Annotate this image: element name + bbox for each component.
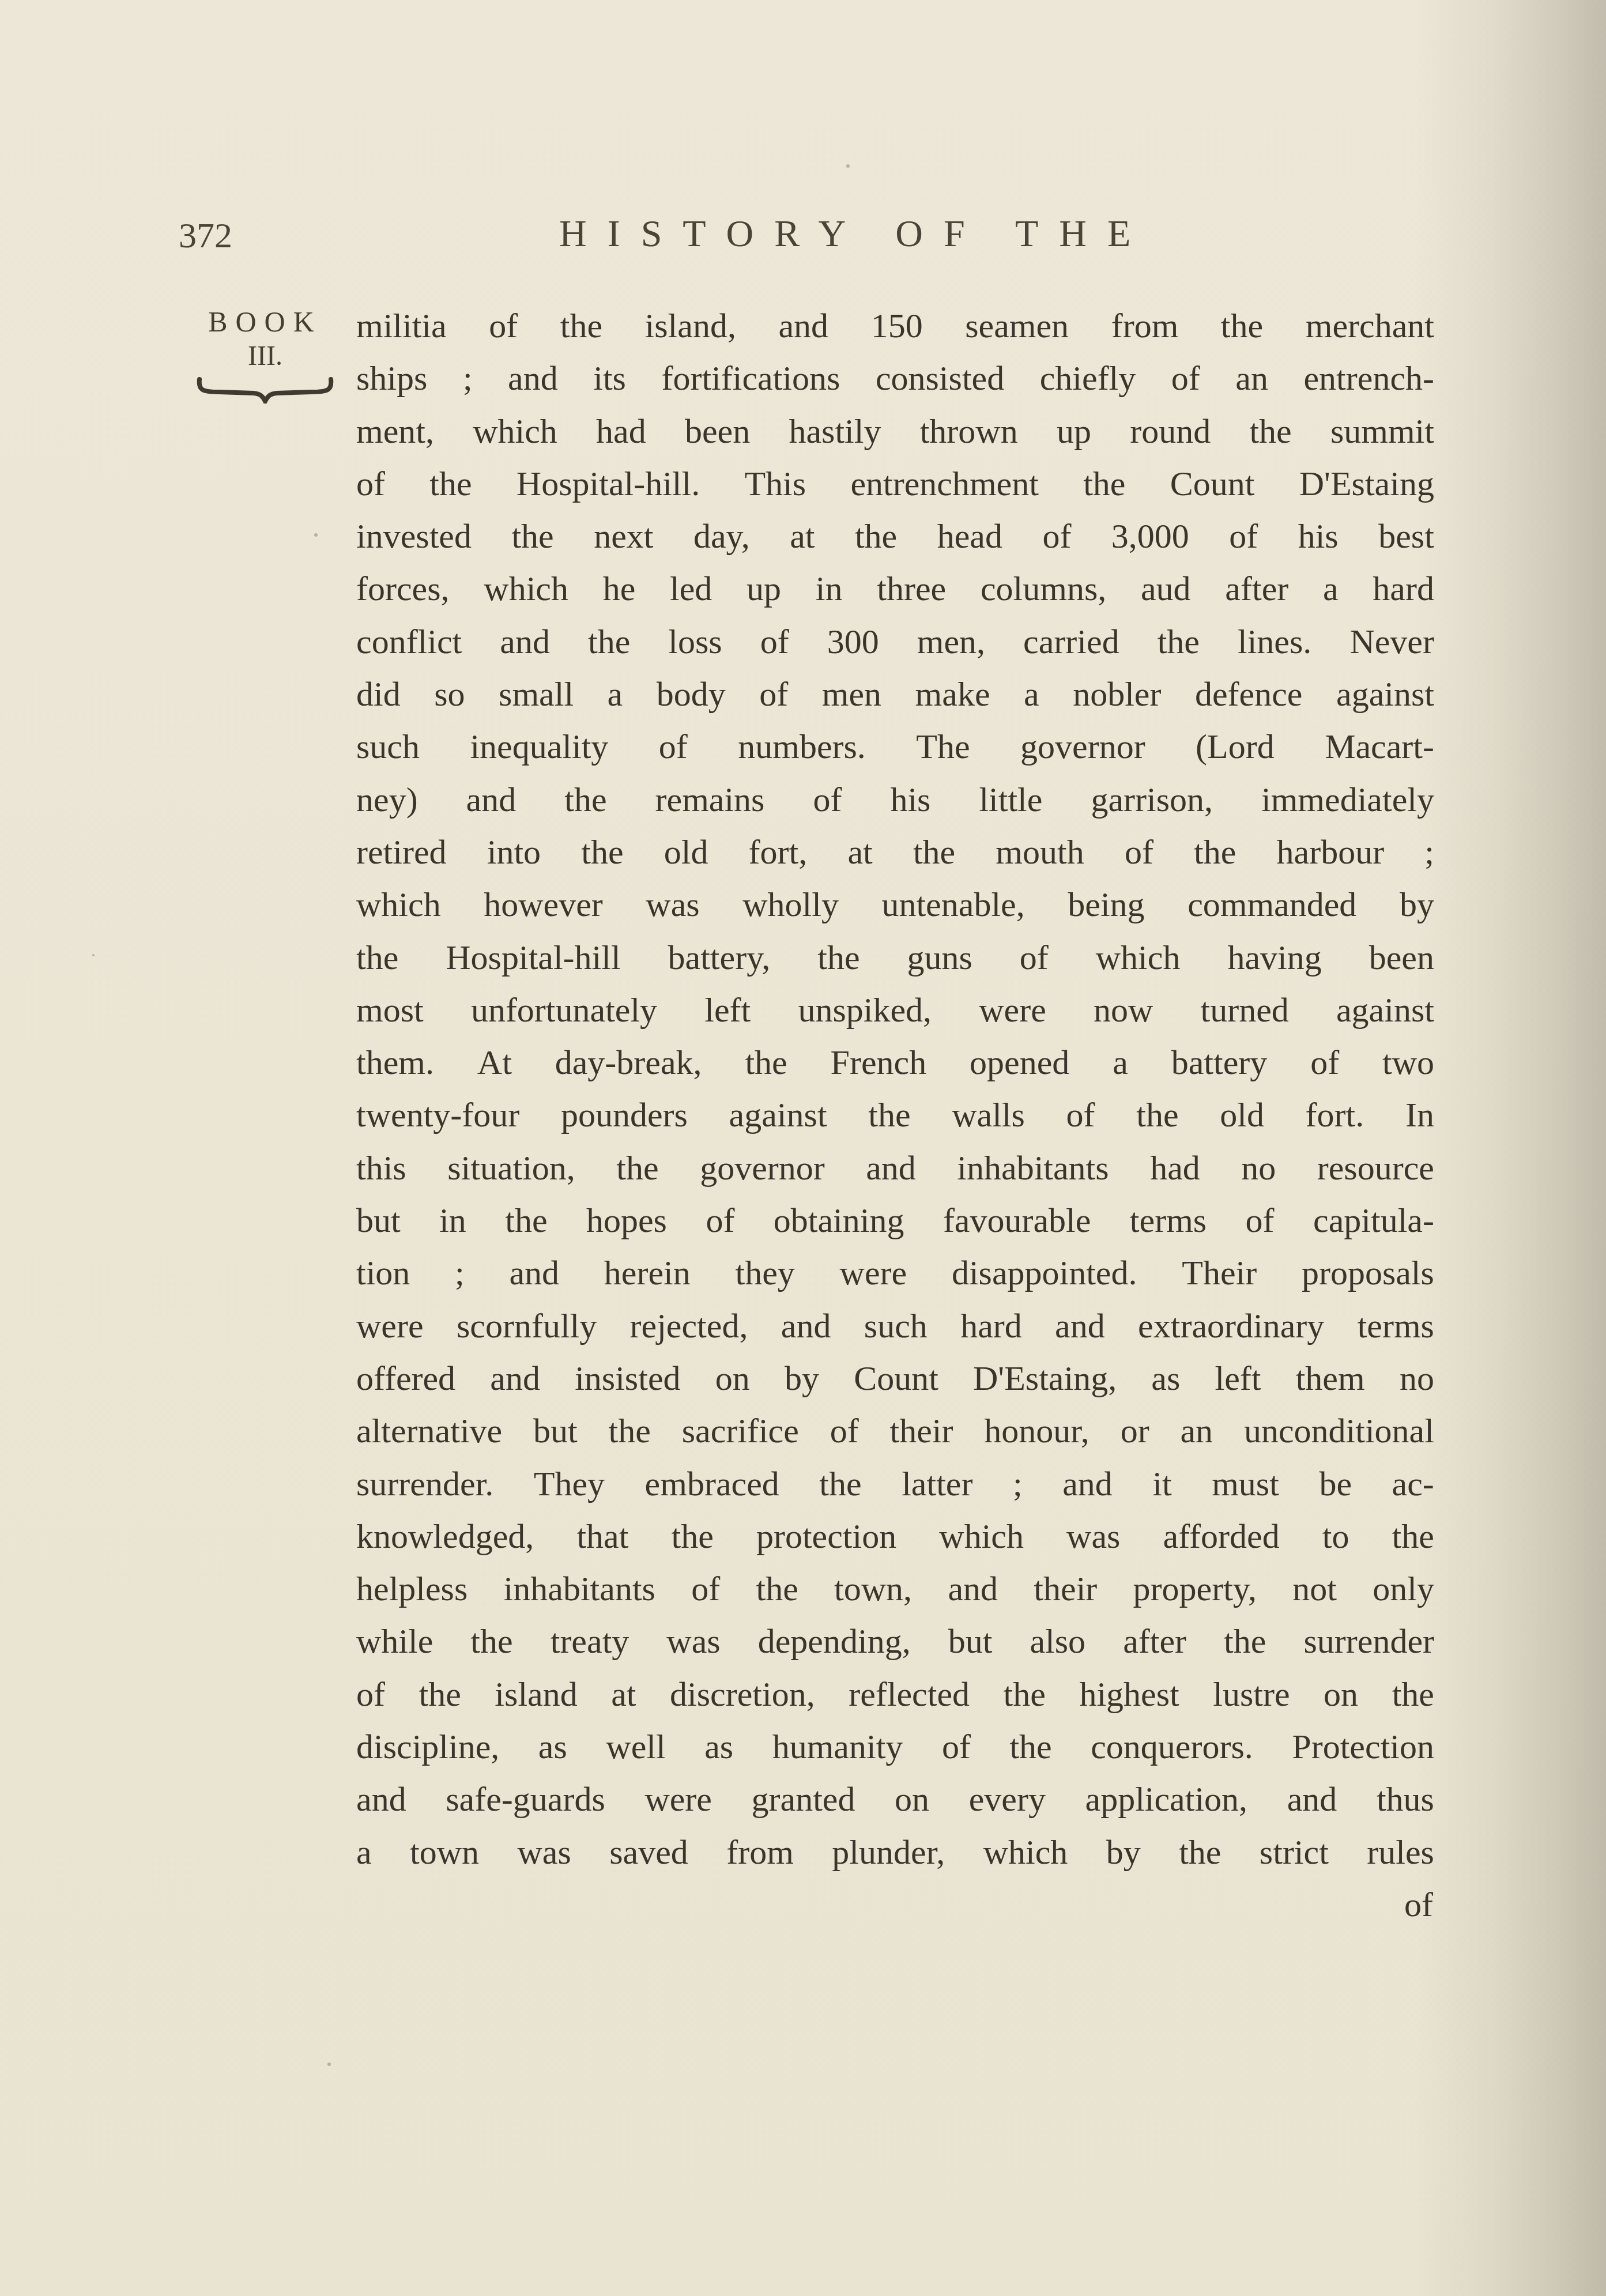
word: its	[593, 352, 626, 405]
word: and	[490, 1352, 540, 1405]
word: he	[603, 563, 636, 615]
word: numbers.	[738, 721, 866, 773]
word: and	[500, 616, 550, 668]
word: militia	[356, 300, 447, 352]
word: every	[969, 1773, 1046, 1826]
word: no	[1241, 1142, 1276, 1194]
word: discipline,	[356, 1721, 499, 1773]
word: the	[429, 458, 472, 510]
word: of	[813, 774, 842, 826]
word: been	[685, 405, 750, 458]
word: been	[1369, 932, 1434, 984]
text-line: knowledged,thattheprotectionwhichwasaffo…	[356, 1510, 1434, 1563]
word: the	[745, 1036, 787, 1089]
word: conquerors.	[1091, 1721, 1253, 1773]
word: hard	[960, 1300, 1022, 1352]
word: fort.	[1306, 1089, 1364, 1141]
word: old	[1220, 1089, 1264, 1141]
text-line: forces,whichheledupinthreecolumns,audaft…	[356, 563, 1434, 615]
word: lines.	[1238, 616, 1311, 668]
word: granted	[752, 1773, 855, 1826]
word: which	[484, 563, 568, 615]
word: inequality	[470, 721, 608, 773]
word: the	[1392, 1510, 1434, 1563]
word: this	[356, 1142, 406, 1194]
text-line: investedthenextday,attheheadof3,000ofhis…	[356, 510, 1434, 563]
word: of	[1246, 1194, 1275, 1247]
word: walls	[952, 1089, 1025, 1141]
word: hastily	[789, 405, 881, 458]
text-line: suchinequalityofnumbers.Thegovernor(Lord…	[356, 721, 1434, 773]
word: three	[877, 563, 946, 615]
word: depending,	[758, 1615, 911, 1668]
word: at	[611, 1668, 636, 1721]
word: after	[1225, 563, 1288, 615]
word: harbour	[1277, 826, 1385, 879]
word: and	[948, 1563, 998, 1615]
word: it	[1152, 1458, 1171, 1510]
word: hopes	[586, 1194, 667, 1247]
text-line: offeredandinsistedonbyCountD'Estaing,asl…	[356, 1352, 1434, 1405]
text-line: them.Atday-break,theFrenchopenedabattery…	[356, 1036, 1434, 1089]
word: highest	[1079, 1668, 1179, 1721]
word: humanity	[772, 1721, 903, 1773]
word: Hospital-hill	[446, 932, 620, 984]
word: battery,	[668, 932, 771, 984]
word: against	[729, 1089, 827, 1141]
text-line: oftheHospital-hill.ThisentrenchmenttheCo…	[356, 458, 1434, 510]
word: was	[517, 1826, 571, 1879]
word: protection	[756, 1510, 896, 1563]
word: alternative	[356, 1405, 502, 1457]
margin-book-label: BOOK	[187, 304, 343, 339]
word: The	[916, 721, 970, 773]
word: discretion,	[670, 1668, 815, 1721]
word: Their	[1182, 1247, 1257, 1299]
paper-speck	[846, 164, 850, 168]
word: of	[1066, 1089, 1095, 1141]
word: conflict	[356, 616, 462, 668]
word: as	[1151, 1352, 1180, 1405]
word: up	[1057, 405, 1091, 458]
word: from	[726, 1826, 794, 1879]
text-line: andsafe-guardsweregrantedoneveryapplicat…	[356, 1773, 1434, 1826]
word: town,	[834, 1563, 912, 1615]
word: were	[979, 984, 1046, 1036]
text-line: retiredintotheoldfort,atthemouthofthehar…	[356, 826, 1434, 879]
word: 300	[827, 616, 879, 668]
word: their	[889, 1405, 953, 1457]
text-line: tion;andhereintheyweredisappointed.Their…	[356, 1247, 1434, 1299]
word: ;	[1013, 1458, 1023, 1510]
word: best	[1378, 510, 1434, 563]
word: and	[1287, 1773, 1337, 1826]
word: of	[691, 1563, 720, 1615]
word: of	[356, 458, 385, 510]
word: in	[439, 1194, 466, 1247]
word: the	[616, 1142, 658, 1194]
word: D'Estaing	[1299, 458, 1434, 510]
word: must	[1212, 1458, 1279, 1510]
word: sacrifice	[682, 1405, 799, 1457]
word: his	[890, 774, 930, 826]
word: the	[1158, 616, 1200, 668]
word: unfortunately	[471, 984, 657, 1036]
text-line: mostunfortunatelyleftunspiked,werenowtur…	[356, 984, 1434, 1036]
word: latter	[902, 1458, 972, 1510]
word: columns,	[981, 563, 1106, 615]
paper-speck	[92, 954, 95, 956]
word: nobler	[1073, 668, 1161, 721]
word: most	[356, 984, 424, 1036]
word: defence	[1195, 668, 1303, 721]
word: such	[864, 1300, 928, 1352]
word: tion	[356, 1247, 410, 1299]
word: opened	[970, 1036, 1069, 1089]
word: and	[1062, 1458, 1113, 1510]
word: forces,	[356, 563, 450, 615]
word: 3,000	[1111, 510, 1189, 563]
word: ;	[1424, 826, 1434, 879]
word: against	[1336, 668, 1434, 721]
word: the	[419, 1668, 461, 1721]
word: immediately	[1261, 774, 1434, 826]
word: island	[495, 1668, 577, 1721]
word: the	[1136, 1089, 1178, 1141]
word: thus	[1377, 1773, 1434, 1826]
running-title: HISTORY OF THE	[559, 212, 1151, 256]
word: At	[477, 1036, 512, 1089]
word: untenable,	[881, 879, 1024, 931]
word: did	[356, 668, 401, 721]
word: of	[489, 300, 518, 352]
word: of	[356, 1668, 385, 1721]
word: mouth	[996, 826, 1084, 879]
word: resource	[1317, 1142, 1434, 1194]
word: as	[538, 1721, 567, 1773]
word: guns	[907, 932, 972, 984]
word: of	[942, 1721, 971, 1773]
word: into	[487, 826, 541, 879]
word: that	[576, 1510, 628, 1563]
word: the	[356, 932, 398, 984]
word: and	[778, 300, 828, 352]
word: herein	[604, 1247, 691, 1299]
word: the	[1221, 300, 1263, 352]
word: inhabitants	[957, 1142, 1109, 1194]
text-line: whichhoweverwaswhollyuntenable,beingcomm…	[356, 879, 1434, 931]
word: extraordinary	[1138, 1300, 1324, 1352]
word: which	[473, 405, 557, 458]
word: left	[1215, 1352, 1261, 1405]
word: aud	[1141, 563, 1191, 615]
word: of	[706, 1194, 734, 1247]
word: scornfully	[457, 1300, 597, 1352]
word: day,	[693, 510, 750, 563]
word: pounders	[561, 1089, 688, 1141]
word: but	[533, 1405, 578, 1457]
page-number: 372	[179, 216, 232, 257]
word: of	[659, 721, 688, 773]
word: were	[840, 1247, 907, 1299]
word: (Lord	[1196, 721, 1275, 773]
word: small	[499, 668, 574, 721]
word: entrenchment	[850, 458, 1039, 510]
word: and	[466, 774, 517, 826]
word: and	[1055, 1300, 1105, 1352]
word: retired	[356, 826, 447, 879]
word: and	[781, 1300, 831, 1352]
word: They	[534, 1458, 605, 1510]
word: the	[564, 774, 606, 826]
word: had	[1150, 1142, 1200, 1194]
word: fortifications	[661, 352, 840, 405]
word: hard	[1373, 563, 1434, 615]
word: terms	[1358, 1300, 1434, 1352]
word: the	[1004, 1668, 1046, 1721]
word: as	[704, 1721, 733, 1773]
word: an	[1180, 1405, 1213, 1457]
word: thrown	[920, 405, 1018, 458]
word: garrison,	[1091, 774, 1213, 826]
word: offered	[356, 1352, 455, 1405]
word: the	[913, 826, 955, 879]
word: a	[1024, 668, 1039, 721]
word: the	[1179, 1826, 1221, 1879]
text-line: ney)andtheremainsofhislittlegarrison,imm…	[356, 774, 1434, 826]
text-line: thissituation,thegovernorandinhabitantsh…	[356, 1142, 1434, 1194]
word: the	[1249, 405, 1291, 458]
text-line: discipline,aswellashumanityoftheconquero…	[356, 1721, 1434, 1773]
word: treaty	[551, 1615, 629, 1668]
word: now	[1094, 984, 1153, 1036]
word: on	[715, 1352, 750, 1405]
text-line: ment,whichhadbeenhastilythrownuproundthe…	[356, 405, 1434, 458]
word: the	[672, 1510, 714, 1563]
word: fort,	[749, 826, 808, 879]
word: men,	[917, 616, 985, 668]
word: the	[1224, 1615, 1266, 1668]
word: had	[596, 405, 646, 458]
word: 150	[871, 300, 923, 352]
word: day-break,	[555, 1036, 702, 1089]
word: helpless	[356, 1563, 468, 1615]
word: being	[1068, 879, 1144, 931]
word: saved	[609, 1826, 688, 1879]
word: reflected	[849, 1668, 970, 1721]
word: battery	[1171, 1036, 1268, 1089]
word: knowledged,	[356, 1510, 534, 1563]
word: turned	[1201, 984, 1289, 1036]
word: wholly	[742, 879, 839, 931]
word: the	[1009, 1721, 1051, 1773]
word: a	[1323, 563, 1339, 615]
brace-ornament-icon	[196, 375, 334, 404]
word: but	[948, 1615, 993, 1668]
text-line: oftheislandatdiscretion,reflectedthehigh…	[356, 1668, 1434, 1721]
word: which	[939, 1510, 1024, 1563]
word: afforded	[1163, 1510, 1280, 1563]
word: unspiked,	[798, 984, 932, 1036]
margin-volume-number: III.	[187, 340, 343, 372]
word: a	[356, 1826, 372, 1879]
word: Macart-	[1325, 721, 1434, 773]
word: little	[979, 774, 1042, 826]
word: their	[1034, 1563, 1097, 1615]
word: men	[822, 668, 881, 721]
word: disappointed.	[952, 1247, 1137, 1299]
word: the	[581, 826, 623, 879]
word: round	[1130, 405, 1211, 458]
margin-note: BOOK III.	[187, 304, 343, 404]
paper-speck	[327, 2063, 331, 2066]
word: from	[1111, 300, 1179, 352]
word: ment,	[356, 405, 434, 458]
word: the	[560, 300, 602, 352]
word: after	[1123, 1615, 1186, 1668]
word: however	[484, 879, 603, 931]
word: two	[1382, 1036, 1434, 1089]
word: the	[1392, 1668, 1434, 1721]
word: plunder,	[832, 1826, 945, 1879]
word: of	[1229, 510, 1258, 563]
word: property,	[1133, 1563, 1257, 1615]
word: the	[756, 1563, 798, 1615]
word: and	[508, 352, 558, 405]
word: capitula-	[1313, 1194, 1434, 1247]
word: were	[644, 1773, 712, 1826]
word: chiefly	[1040, 352, 1136, 405]
book-page: 372 HISTORY OF THE BOOK III. militiaofth…	[0, 0, 1606, 2296]
word: of	[830, 1405, 859, 1457]
word: invested	[356, 510, 472, 563]
word: having	[1227, 932, 1321, 984]
word: obtaining	[774, 1194, 904, 1247]
paper-speck	[314, 533, 318, 537]
word: of	[760, 616, 789, 668]
word: head	[937, 510, 1002, 563]
body-text: militiaoftheisland,and150seamenfromtheme…	[356, 300, 1434, 1879]
word: of	[1171, 352, 1200, 405]
word: but	[356, 1194, 401, 1247]
word: unconditional	[1244, 1405, 1434, 1457]
word: safe-guards	[446, 1773, 605, 1826]
word: situation,	[447, 1142, 575, 1194]
word: Never	[1349, 616, 1434, 668]
word: governor	[1020, 721, 1145, 773]
word: and	[356, 1773, 406, 1826]
word: them	[1296, 1352, 1365, 1405]
word: lustre	[1213, 1668, 1290, 1721]
word: make	[915, 668, 990, 721]
word: rejected,	[630, 1300, 748, 1352]
word: terms	[1130, 1194, 1207, 1247]
text-line: alternativebutthesacrificeoftheirhonour,…	[356, 1405, 1434, 1457]
text-line: surrender.Theyembracedthelatter;anditmus…	[356, 1458, 1434, 1510]
word: so	[434, 668, 465, 721]
word: only	[1373, 1563, 1434, 1615]
word: D'Estaing,	[973, 1352, 1117, 1405]
word: carried	[1023, 616, 1119, 668]
word: remains	[655, 774, 765, 826]
word: the	[1194, 826, 1236, 879]
word: proposals	[1302, 1247, 1434, 1299]
word: and	[866, 1142, 916, 1194]
word: honour,	[984, 1405, 1089, 1457]
word: was	[646, 879, 699, 931]
word: no	[1400, 1352, 1434, 1405]
word: surrender	[1303, 1615, 1434, 1668]
word: the	[609, 1405, 651, 1457]
word: inhabitants	[504, 1563, 655, 1615]
word: was	[666, 1615, 720, 1668]
word: by	[1400, 879, 1434, 931]
word: ney)	[356, 774, 418, 826]
text-line: didsosmallabodyofmenmakeanoblerdefenceag…	[356, 668, 1434, 721]
text-line: ships;anditsfortificationsconsistedchief…	[356, 352, 1434, 405]
word: Protection	[1292, 1721, 1434, 1773]
word: twenty-four	[356, 1089, 519, 1141]
word: which	[1096, 932, 1181, 984]
word: entrench-	[1303, 352, 1434, 405]
word: the	[588, 616, 630, 668]
word: which	[356, 879, 441, 931]
word: of	[1310, 1036, 1339, 1089]
word: such	[356, 721, 420, 773]
word: loss	[668, 616, 722, 668]
word: summit	[1330, 405, 1434, 458]
word: insisted	[575, 1352, 680, 1405]
text-line: whilethetreatywasdepending,butalsoaftert…	[356, 1615, 1434, 1668]
word: while	[356, 1615, 433, 1668]
word: well	[606, 1721, 665, 1773]
word: the	[819, 1458, 861, 1510]
word: against	[1336, 984, 1434, 1036]
word: in	[816, 563, 843, 615]
text-line: twenty-fourpoundersagainstthewallsoftheo…	[356, 1089, 1434, 1141]
word: In	[1405, 1089, 1434, 1141]
word: the	[855, 510, 897, 563]
word: also	[1030, 1615, 1085, 1668]
word: ;	[463, 352, 473, 405]
text-line: helplessinhabitantsofthetown,andtheirpro…	[356, 1563, 1434, 1615]
word: the	[470, 1615, 512, 1668]
word: ;	[455, 1247, 465, 1299]
word: merchant	[1306, 300, 1434, 352]
word: commanded	[1187, 879, 1356, 931]
word: ships	[356, 352, 427, 405]
text-line: theHospital-hillbattery,thegunsofwhichha…	[356, 932, 1434, 984]
word: left	[704, 984, 751, 1036]
word: consisted	[876, 352, 1004, 405]
word: Count	[1170, 458, 1255, 510]
word: the	[868, 1089, 910, 1141]
word: the	[1083, 458, 1125, 510]
word: Hospital-hill.	[517, 458, 700, 510]
word: of	[1125, 826, 1153, 879]
word: or	[1121, 1405, 1149, 1457]
word: body	[657, 668, 726, 721]
word: the	[817, 932, 859, 984]
word: application,	[1085, 1773, 1248, 1826]
word: up	[747, 563, 781, 615]
text-line: conflictandthelossof300men,carriedthelin…	[356, 616, 1434, 668]
word: them.	[356, 1036, 434, 1089]
word: old	[664, 826, 708, 879]
word: not	[1292, 1563, 1337, 1615]
word: embraced	[645, 1458, 779, 1510]
text-line: butinthehopesofobtainingfavourabletermso…	[356, 1194, 1434, 1247]
